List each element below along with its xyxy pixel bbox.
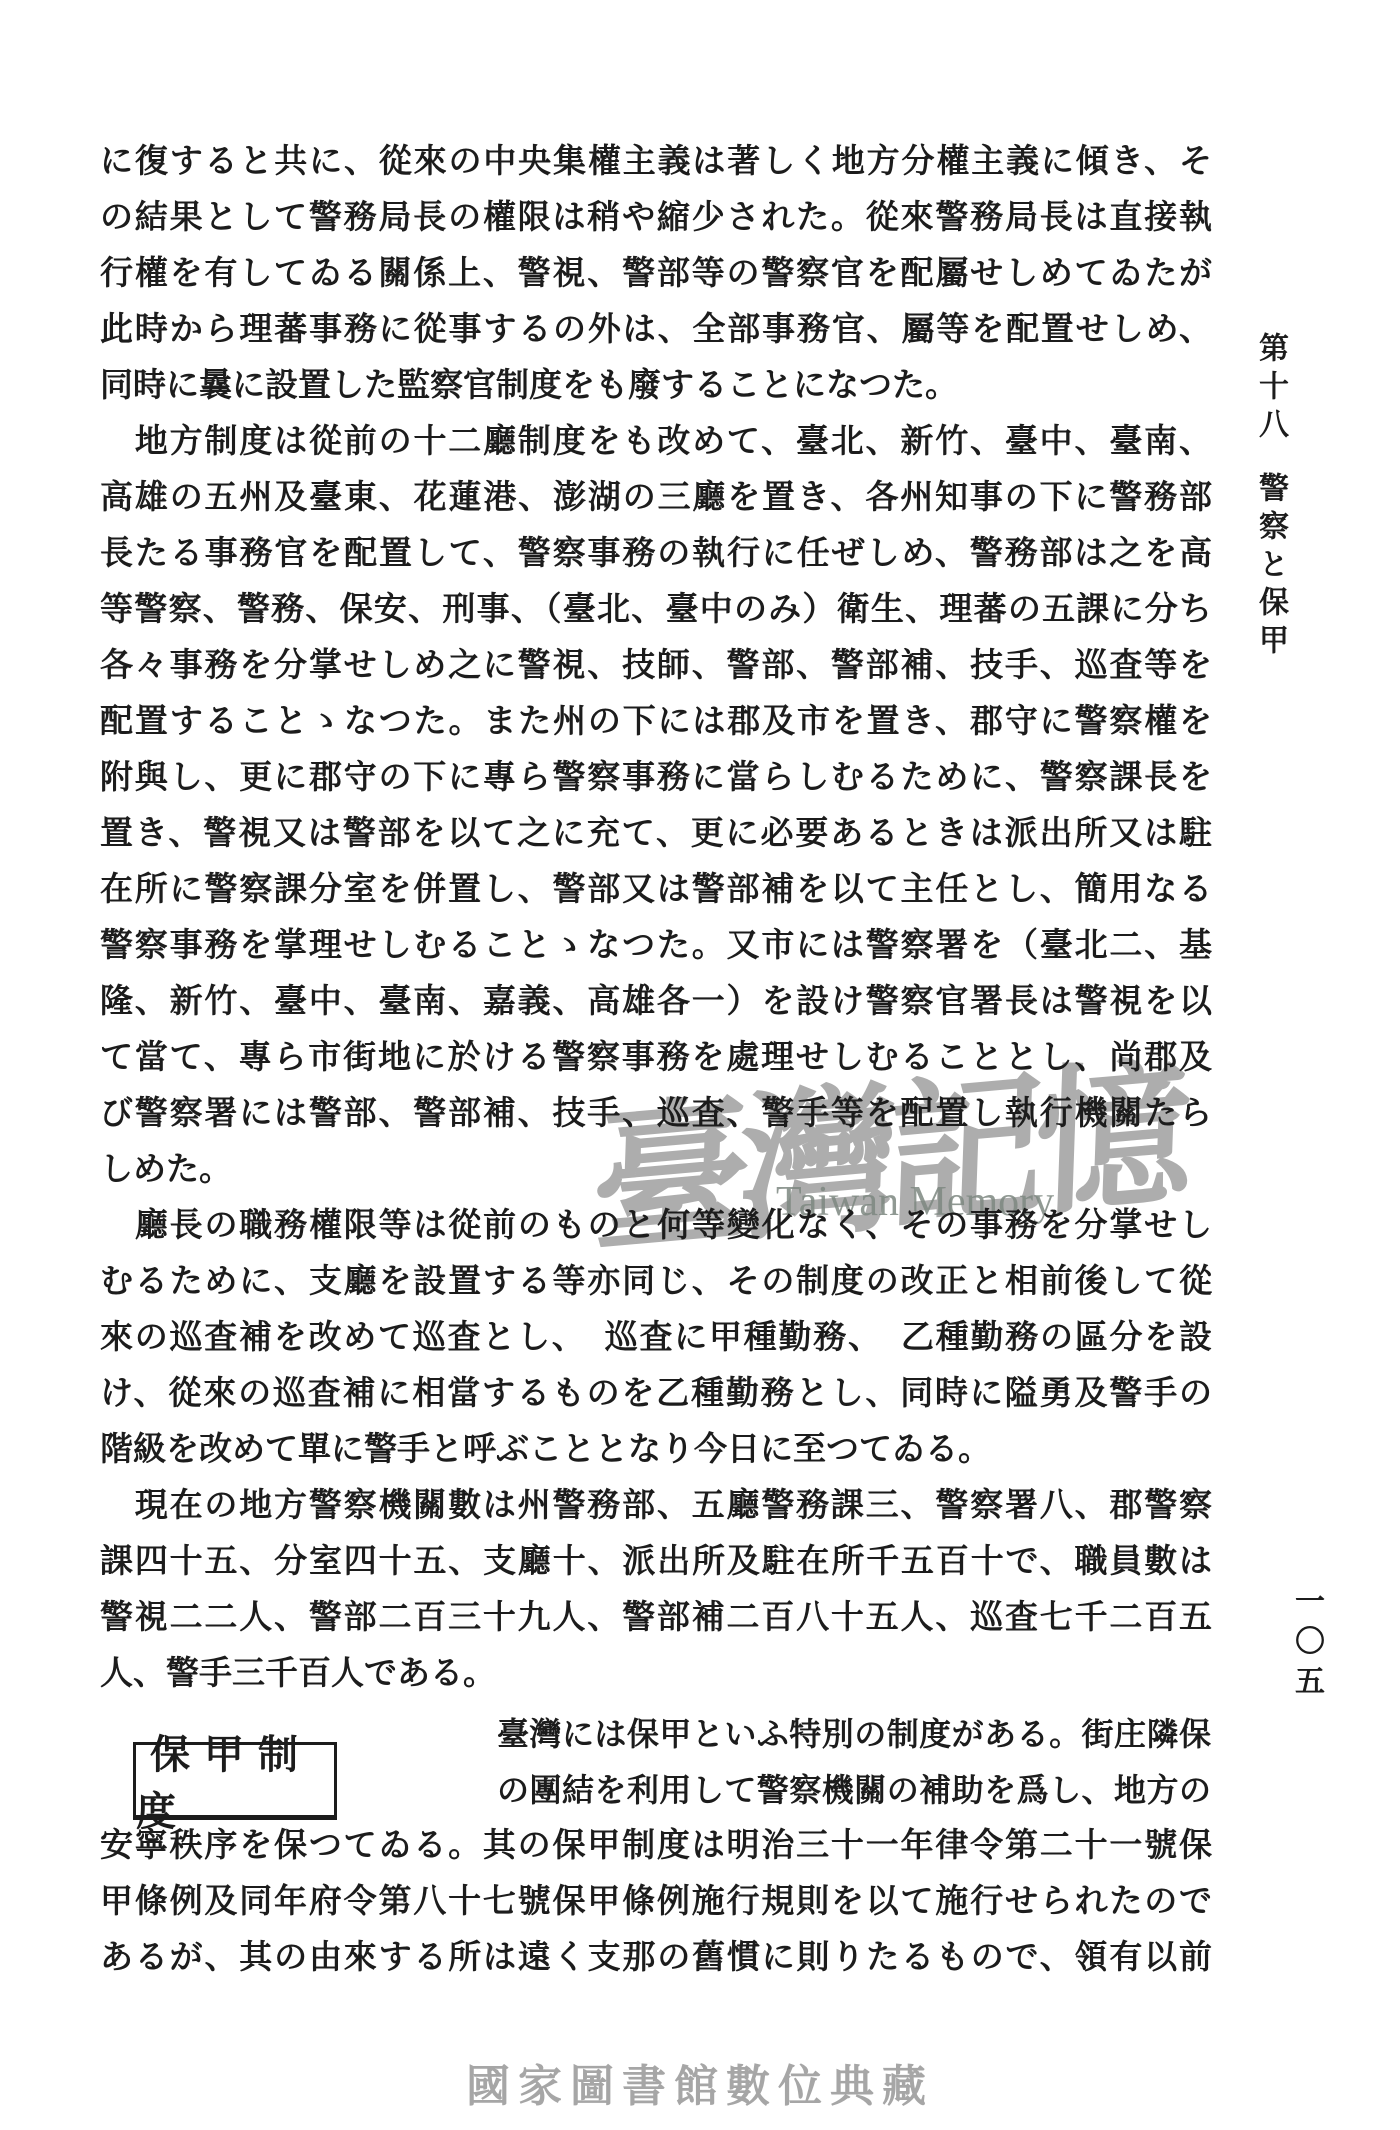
scanned-book-page: 臺灣記憶 Taiwan Memory に復すると共に、從來の中央集權主義は著しく… [0,0,1400,2130]
text-line: 配置することゝなつた。また州の下には郡及市を置き、郡守に警察權を [100,694,1212,750]
chapter-title: 警察と保甲 [1248,472,1292,662]
text-line: の團結を利用して警察機關の補助を爲し、地方の [497,1762,1211,1818]
text-line: あるが、其の由來する所は遠く支那の舊慣に則りたるもので、領有以前 [100,1930,1212,1986]
body-text-block: に復すると共に、從來の中央集權主義は著しく地方分權主義に傾き、そ の結果として警… [100,134,1212,1702]
text-line: 廳長の職務權限等は從前のものと何等變化なく、その事務を分掌せし [100,1198,1212,1254]
text-line: 階級を改めて單に警手と呼ぶこととなり今日に至つてゐる。 [100,1422,1212,1478]
page-number: 一〇五 [1284,1585,1328,1705]
text-line: 等警察、警務、保安、刑事、（臺北、臺中のみ）衛生、理蕃の五課に分ち [100,582,1212,638]
library-footer-caption: 國家圖書館數位典藏 [0,2050,1400,2114]
text-line: しめた。 [100,1142,1212,1198]
text-line: び警察署には警部、警部補、技手、巡査、警手等を配置し執行機關たら [100,1086,1212,1142]
text-line: 安寧秩序を保つてゐる。其の保甲制度は明治三十一年律令第二十一號保 [100,1818,1212,1874]
text-line: け、從來の巡査補に相當するものを乙種勤務とし、同時に隘勇及警手の [100,1366,1212,1422]
text-line: 行權を有してゐる關係上、警視、警部等の警察官を配屬せしめてゐたが [100,246,1212,302]
chapter-number: 第十八 [1254,332,1287,446]
text-line: 同時に曩に設置した監察官制度をも廢することになつた。 [100,358,1212,414]
text-line: 來の巡査補を改めて巡査とし、 巡査に甲種勤務、 乙種勤務の區分を設 [100,1310,1212,1366]
text-line: 隆、新竹、臺中、臺南、嘉義、高雄各一）を設け警察官署長は警視を以 [100,974,1212,1030]
section-heading-box: 保甲制度 [133,1742,337,1820]
margin-chapter-label: 第十八警察と保甲 [1248,332,1292,662]
text-line: に復すると共に、從來の中央集權主義は著しく地方分權主義に傾き、そ [100,134,1212,190]
text-line: 人、警手三千百人である。 [100,1646,1212,1702]
text-line: 此時から理蕃事務に從事するの外は、全部事務官、屬等を配置せしめ、 [100,302,1212,358]
text-line: 長たる事務官を配置して、警察事務の執行に任ぜしめ、警務部は之を高 [100,526,1212,582]
text-line: 各々事務を分掌せしめ之に警視、技師、警部、警部補、技手、巡査等を [100,638,1212,694]
text-line: 臺灣には保甲といふ特別の制度がある。街庄隣保 [497,1706,1211,1762]
text-line: 警察事務を掌理せしむることゝなつた。又市には警察署を（臺北二、基 [100,918,1212,974]
text-line: 置き、警視又は警部を以て之に充て、更に必要あるときは派出所又は駐 [100,806,1212,862]
text-line: むるために、支廳を設置する等亦同じ、その制度の改正と相前後して從 [100,1254,1212,1310]
text-line: 現在の地方警察機關數は州警務部、五廳警務課三、警察署八、郡警察 [100,1478,1212,1534]
section-text-block: 安寧秩序を保つてゐる。其の保甲制度は明治三十一年律令第二十一號保 甲條例及同年府… [100,1818,1212,1986]
text-line: 在所に警察課分室を併置し、警部又は警部補を以て主任とし、簡用なる [100,862,1212,918]
text-line: 甲條例及同年府令第八十七號保甲條例施行規則を以て施行せられたので [100,1874,1212,1930]
text-line: 課四十五、分室四十五、支廳十、派出所及駐在所千五百十で、職員數は [100,1534,1212,1590]
text-line: 地方制度は從前の十二廳制度をも改めて、臺北、新竹、臺中、臺南、 [100,414,1212,470]
text-line: 高雄の五州及臺東、花蓮港、澎湖の三廳を置き、各州知事の下に警務部 [100,470,1212,526]
text-line: の結果として警務局長の權限は稍や縮少された。從來警務局長は直接執 [100,190,1212,246]
text-line: 附與し、更に郡守の下に專ら警察事務に當らしむるために、警察課長を [100,750,1212,806]
text-line: て當て、專ら市街地に於ける警察事務を處理せしむることとし、尚郡及 [100,1030,1212,1086]
text-line: 警視二二人、警部二百三十九人、警部補二百八十五人、巡査七千二百五 [100,1590,1212,1646]
